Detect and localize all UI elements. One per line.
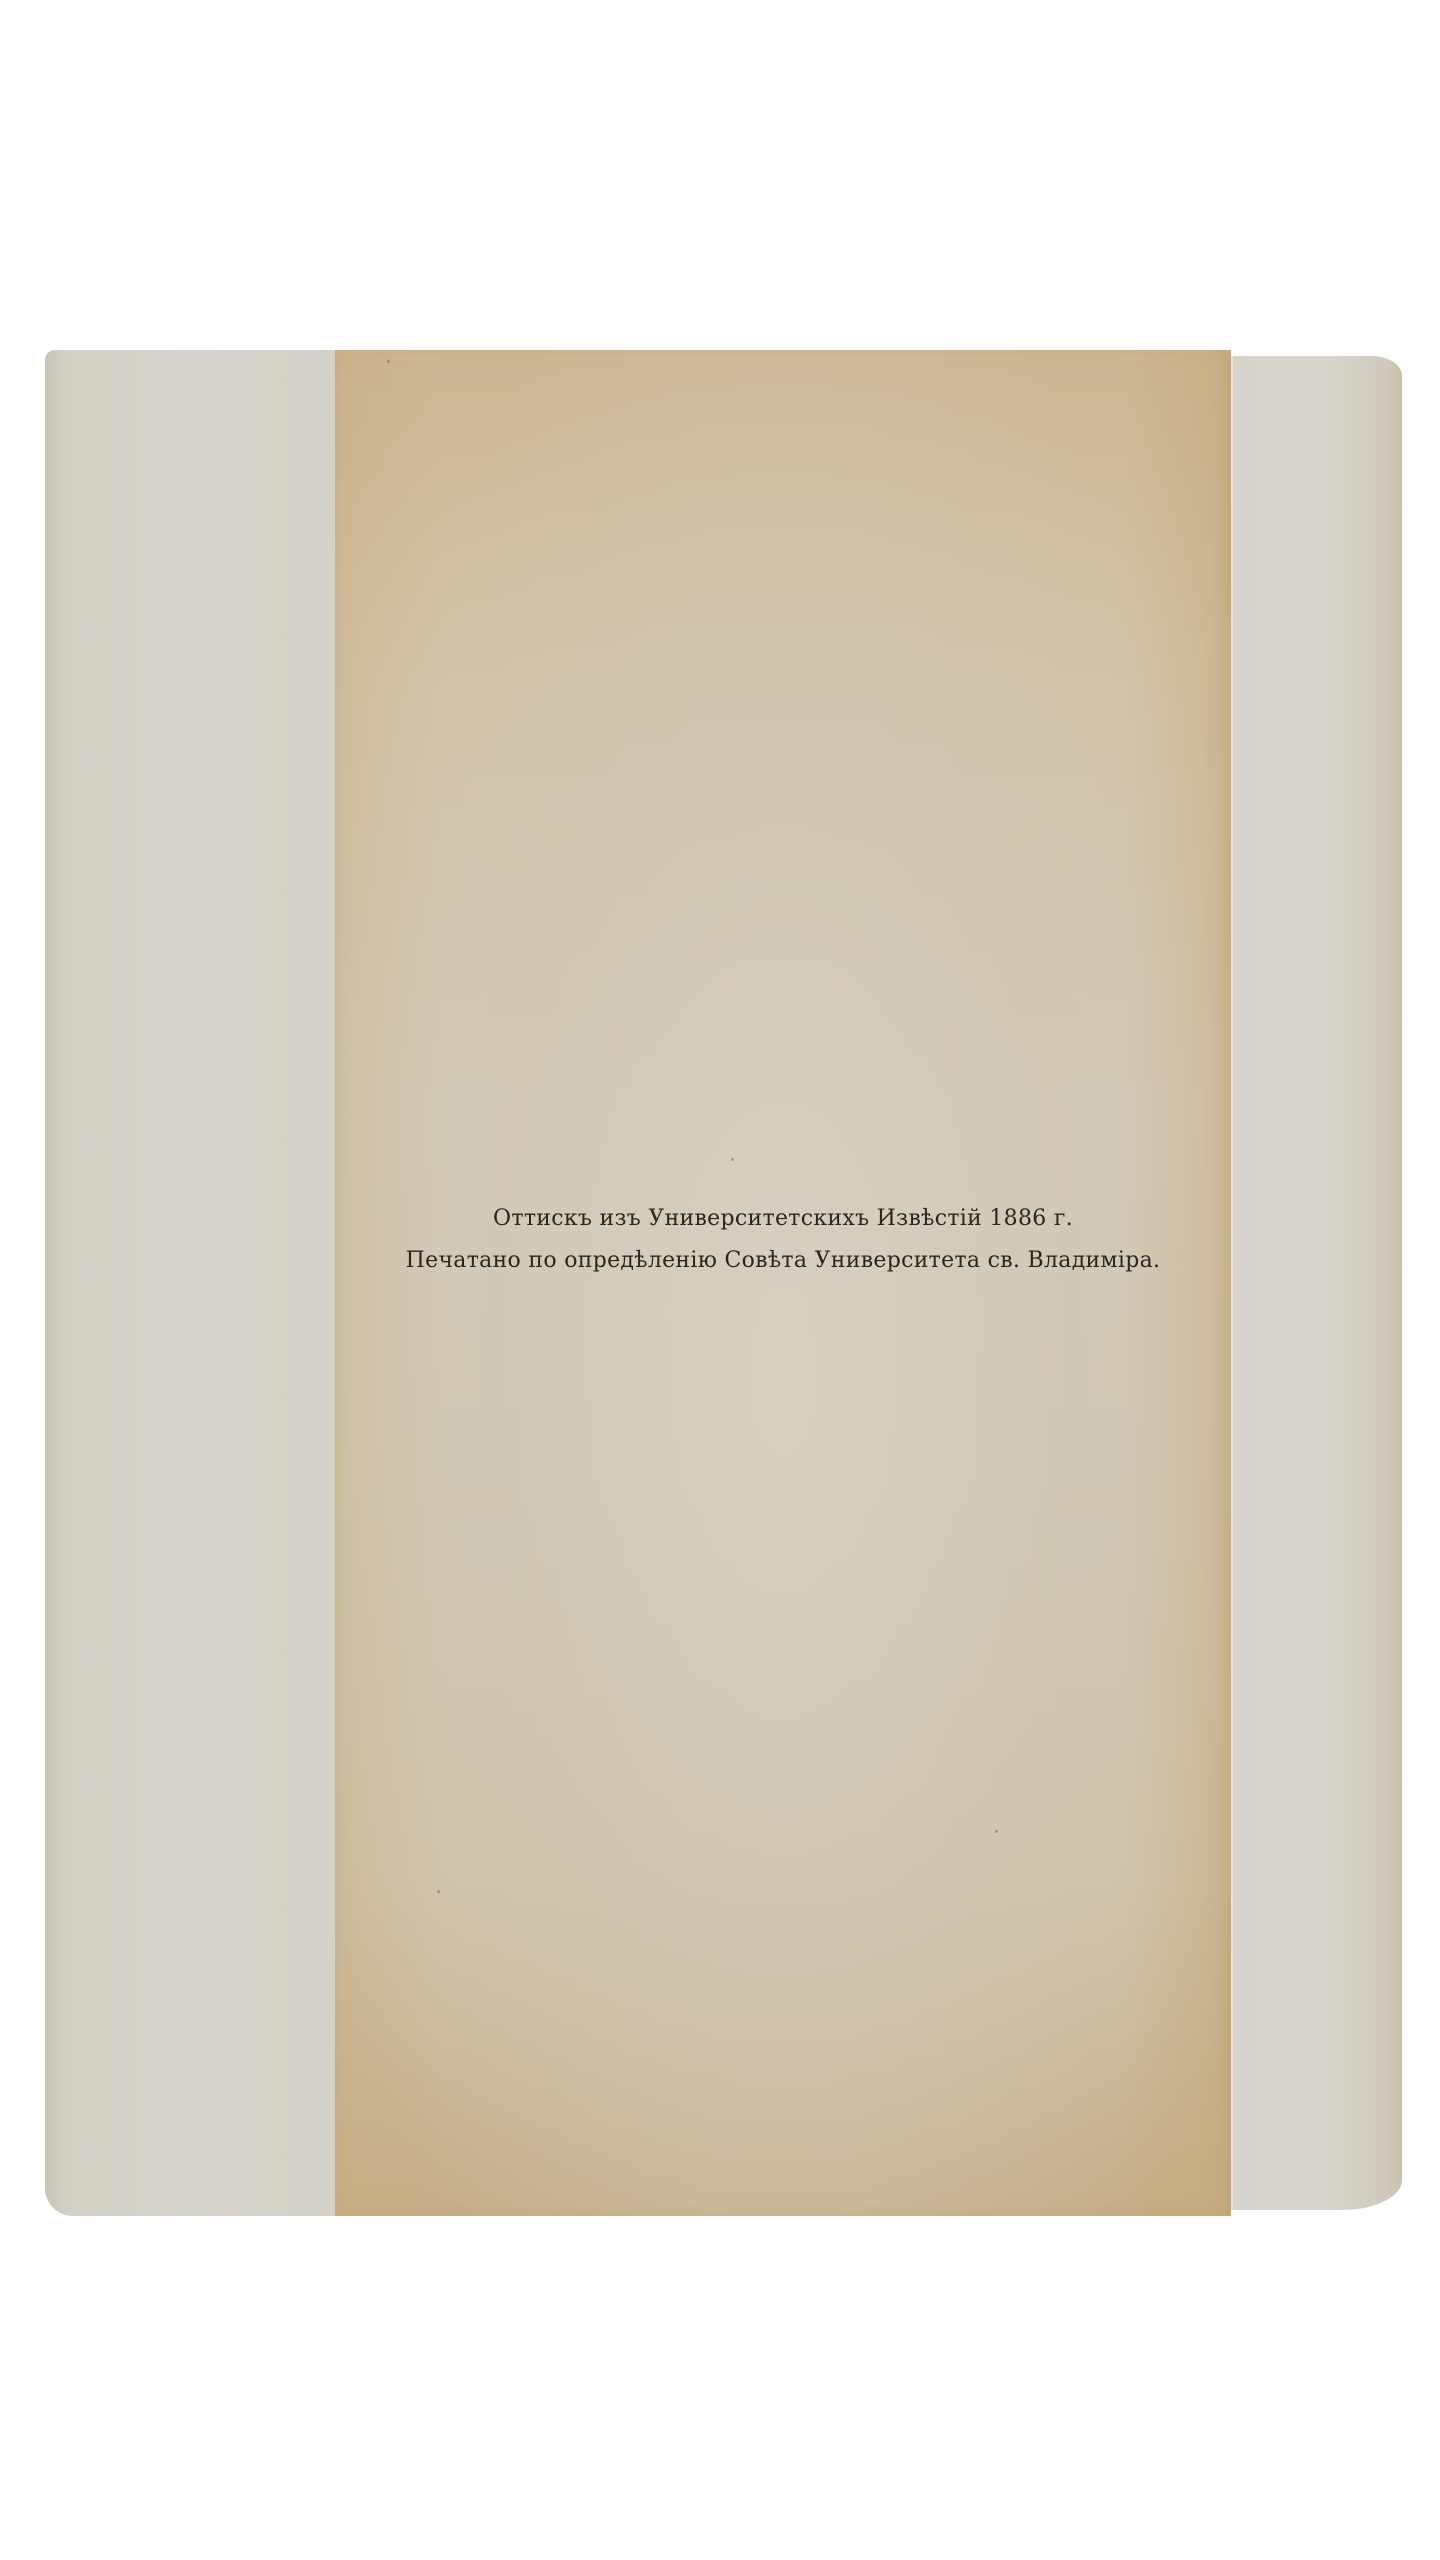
title-page (335, 350, 1231, 2216)
right-cover-band (1231, 356, 1402, 2210)
paper-speck (387, 360, 390, 363)
book-cover: Оттискъ изъ Университетскихъ Извѣстій 18… (45, 350, 1400, 2216)
left-cover-band (45, 350, 335, 2216)
imprint-line-2: Печатано по опредѣленію Совѣта Университ… (335, 1240, 1231, 1282)
paper-speck (437, 1890, 440, 1893)
paper-speck (731, 1158, 734, 1161)
paper-speck (995, 1830, 998, 1833)
imprint-line-1: Оттискъ изъ Университетскихъ Извѣстій 18… (335, 1198, 1231, 1240)
imprint-text: Оттискъ изъ Университетскихъ Извѣстій 18… (335, 1198, 1231, 1282)
